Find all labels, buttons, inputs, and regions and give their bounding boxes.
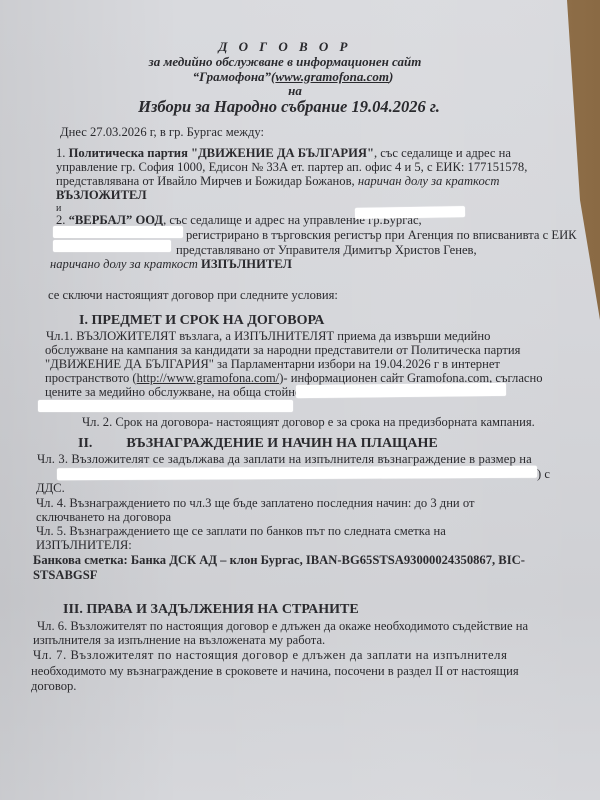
party1-line3: представлявана от Ивайло Мирчев и Божида… [56, 174, 499, 188]
art2-line: Чл. 2. Срок на договора- настоящият дого… [82, 415, 535, 429]
party2-line4: наричано долу за краткост ИЗПЪЛНИТЕЛ [50, 257, 292, 271]
party2-line3: представлявано от Управителя Димитър Хри… [176, 243, 477, 257]
art1-line3: "ДВИЖЕНИЕ ДА БЪЛГАРИЯ" за Парламентарни … [45, 357, 500, 371]
site-link-close: ) [389, 69, 393, 84]
party2-shorthand-label: наричано долу за краткост [50, 257, 201, 271]
art7-line1: Чл. 7. Възложителят по настоящия договор… [33, 648, 507, 662]
art6-line2: изпълнителя за изпълнение на възложената… [33, 633, 325, 647]
art6-line1: Чл. 6. Възложителят по настоящия договор… [37, 619, 528, 633]
contract-page: Д О Г О В О Р за медийно обслужване в ин… [0, 0, 600, 800]
section2-number: II. [78, 436, 92, 451]
party2-number: 2. [56, 213, 69, 227]
document-subtitle-line1: за медийно обслужване в информационен са… [0, 55, 570, 69]
section3-heading: III. ПРАВА И ЗАДЪЛЖЕНИЯ НА СТРАНИТЕ [63, 603, 359, 617]
redaction-total-value-cont [38, 400, 293, 412]
section1-heading: I. ПРЕДМЕТ И СРОК НА ДОГОВОРА [79, 314, 324, 328]
site-link[interactable]: www.gramofona.com [275, 69, 389, 84]
document-title: Д О Г О В О Р [0, 40, 570, 54]
party1-name: Политическа партия "ДВИЖЕНИЕ ДА БЪЛГАРИЯ… [69, 146, 374, 160]
document-subtitle-line2: “Грамофона”(www.gramofona.com) [8, 70, 578, 84]
document-subtitle-election: Избори за Народно събрание 19.04.2026 г. [4, 98, 574, 116]
party2-line2: регистрирано в търговския регистър при А… [186, 228, 577, 242]
section2-heading: II.ВЪЗНАГРАЖДЕНИЕ И НАЧИН НА ПЛАЩАНЕ [78, 437, 438, 451]
party1-role: ВЪЗЛОЖИТЕЛ [56, 188, 147, 202]
party1-representatives: представлявана от Ивайло Мирчев и Божида… [56, 174, 358, 188]
art1-site-link[interactable]: http://www.gramofona.com/ [137, 371, 280, 385]
bank-account-line2: STSABGSF [33, 568, 97, 582]
conclusion-line: се сключи настоящият договор при следнит… [48, 288, 338, 302]
party1-line1-rest: , със седалище и адрес на [374, 146, 511, 160]
art3-line3: ДДС. [36, 481, 65, 495]
art4-line1: Чл. 4. Възнаграждението по чл.3 ще бъде … [36, 496, 474, 510]
art7-line2: необходимото му възнаграждение в срокове… [31, 664, 519, 678]
art7-line3: договор. [31, 679, 76, 693]
art5-line1: Чл. 5. Възнаграждението ще се заплати по… [36, 524, 446, 538]
document-subtitle-line3: на [10, 84, 580, 98]
art3-line1: Чл. 3. Възложителят се задължава да запл… [37, 452, 532, 466]
section2-title: ВЪЗНАГРАЖДЕНИЕ И НАЧИН НА ПЛАЩАНЕ [126, 436, 437, 451]
art1-line4-prefix: пространството ( [45, 371, 137, 385]
party1-number: 1. [56, 146, 69, 160]
redaction-total-value [296, 383, 506, 398]
art5-line2: ИЗПЪЛНИТЕЛЯ: [36, 538, 132, 552]
party1-line1: 1. Политическа партия "ДВИЖЕНИЕ ДА БЪЛГА… [56, 146, 511, 160]
art1-line5: цените за медийно обслужване, на обща ст… [45, 385, 313, 399]
art1-line2: обслужване на кампания за кандидати за н… [45, 343, 520, 357]
redaction-eik [53, 240, 171, 252]
redaction-address [355, 206, 465, 219]
party2-role: ИЗПЪЛНИТЕЛ [201, 257, 292, 271]
intro-line: Днес 27.03.2026 г, в гр. Бургас между: [60, 125, 264, 139]
art4-line2: сключването на договора [36, 510, 171, 524]
redaction-fee-amount [57, 466, 537, 481]
party1-line2: управление гр. София 1000, Едисон № 33А … [56, 160, 527, 174]
bank-account-line1: Банкова сметка: Банка ДСК АД – клон Бург… [33, 553, 525, 567]
art3-line2-tail: ) с [537, 467, 550, 481]
party2-name: “ВЕРБАЛ” ООД [69, 213, 164, 227]
party1-shorthand-label: наричан долу за краткост [358, 174, 500, 188]
art1-line1: Чл.1. ВЪЗЛОЖИТЕЛЯТ възлага, а ИЗПЪЛНИТЕЛ… [46, 329, 490, 343]
redaction-address-cont [53, 226, 183, 238]
site-name: “Грамофона”( [193, 69, 276, 84]
